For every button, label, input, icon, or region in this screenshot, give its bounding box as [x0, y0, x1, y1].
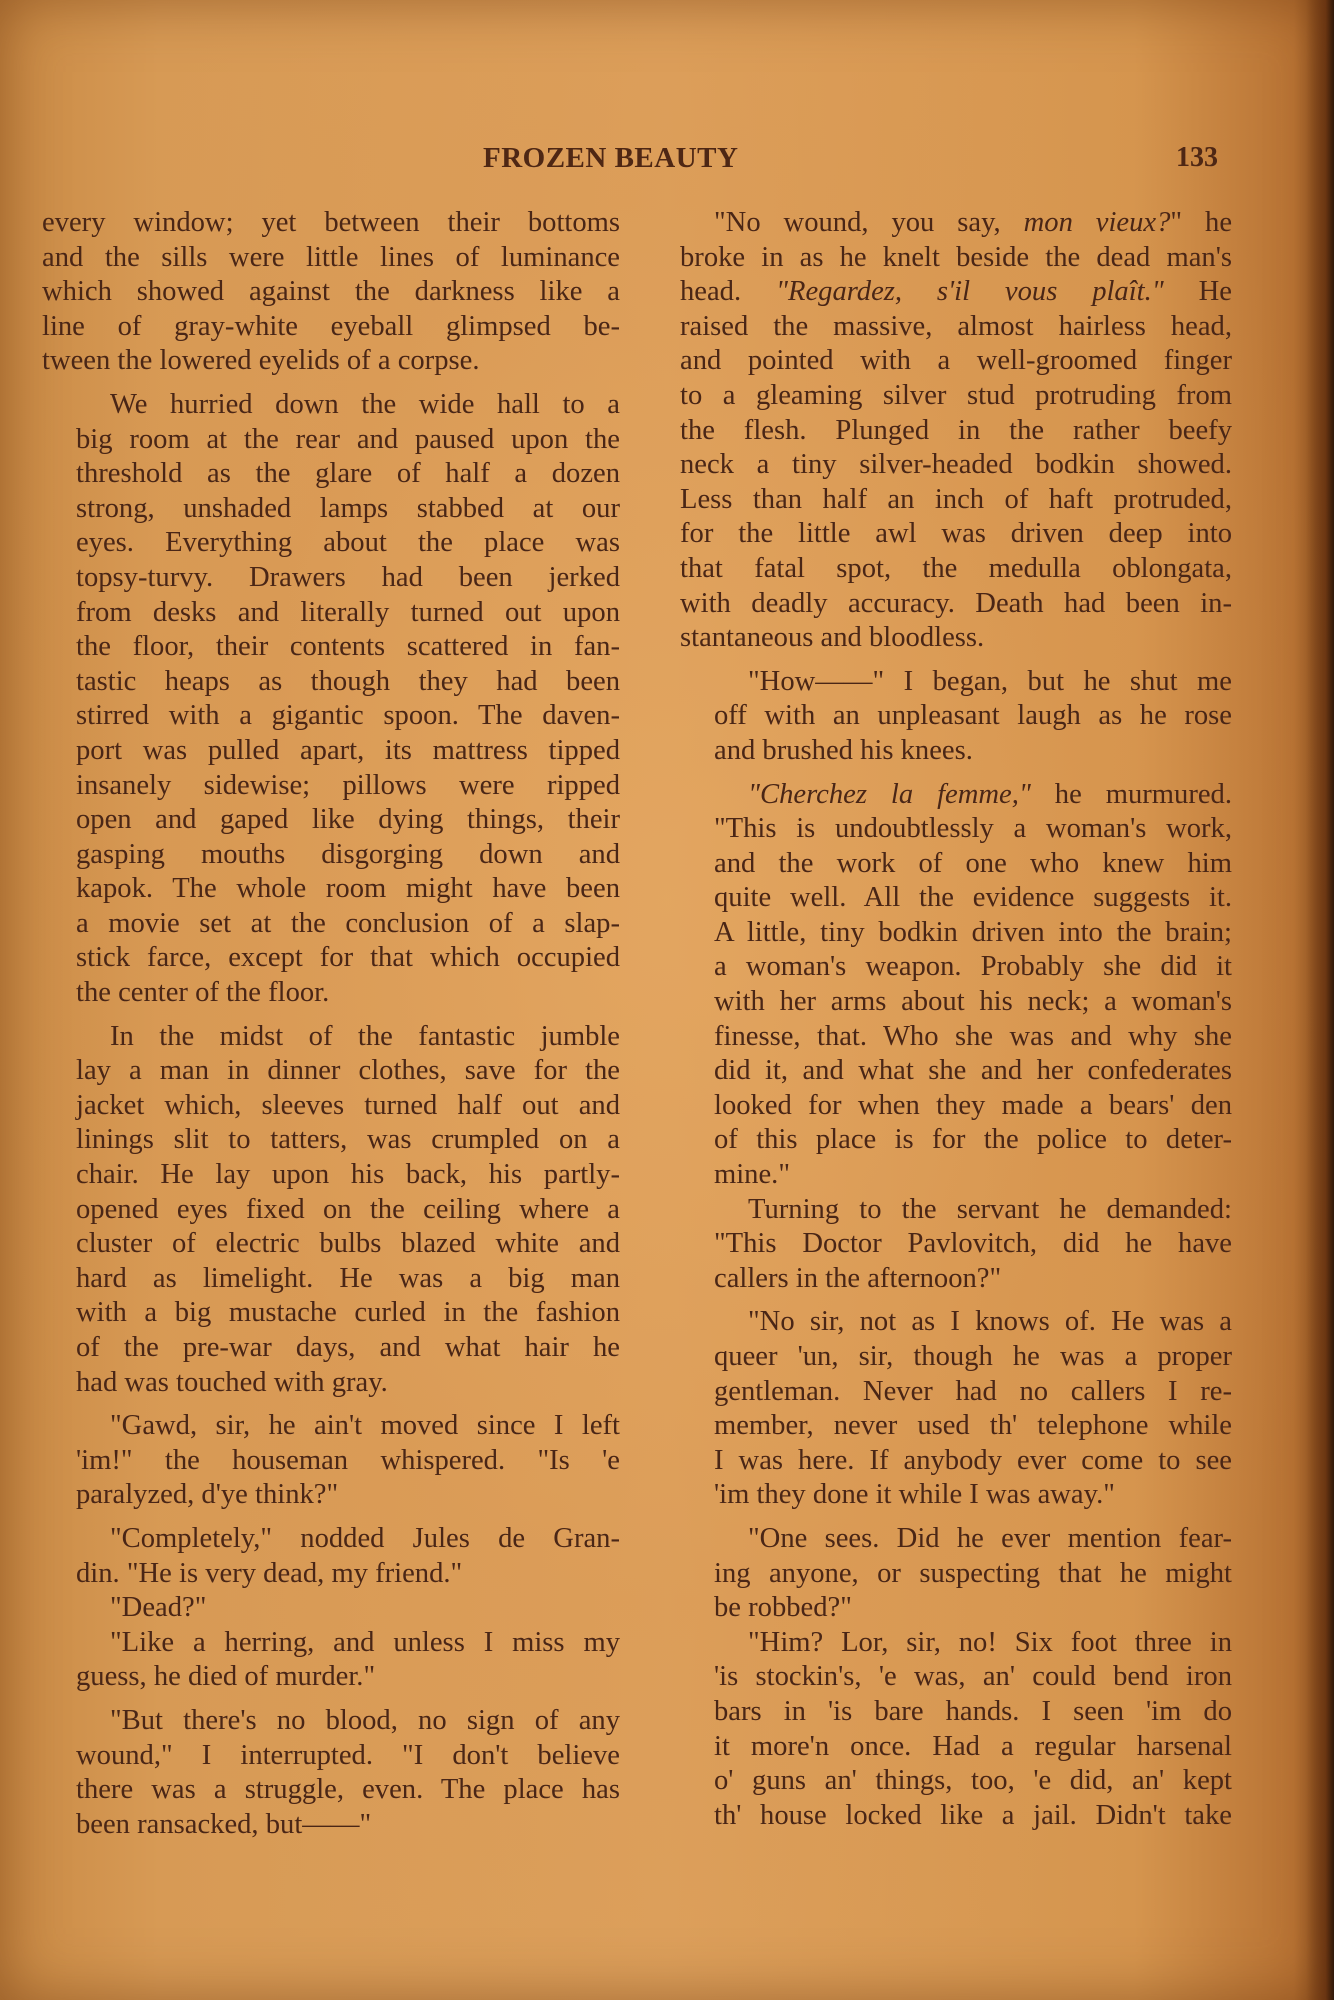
text-line: "No wound, you say, mon vieux?" he [680, 206, 1232, 241]
text-line: raised the massive, almost hairless head… [680, 310, 1232, 345]
text-line: of this place is for the police to deter… [680, 1123, 1232, 1158]
text-line: and pointed with a well-groomed finger [680, 344, 1232, 379]
text-line: "Cherchez la femme," he murmured. [680, 778, 1232, 813]
text-line: 'is stockin's, 'e was, an' could bend ir… [680, 1660, 1232, 1695]
text-line: "Dead?" [42, 1591, 620, 1626]
text-line: a woman's weapon. Probably she did it [680, 950, 1232, 985]
paragraph: Turning to the servant he demanded: "Thi… [680, 1193, 1232, 1297]
text-line: threshold as the glare of half a dozen [42, 457, 620, 492]
left-column: every window; yet between their bottoms … [42, 206, 620, 1842]
text-line: and the work of one who knew him [680, 847, 1232, 882]
text-line: looked for when they made a bears' den [680, 1089, 1232, 1124]
text-line: stick farce, except for that which occup… [42, 941, 620, 976]
text-line: stirred with a gigantic spoon. The daven… [42, 699, 620, 734]
text-line: it more'n once. Had a regular harsenal [680, 1730, 1232, 1765]
running-head: FROZEN BEAUTY 133 [0, 142, 1334, 182]
text-line: Less than half an inch of haft protruded… [680, 483, 1232, 518]
text-line: strong, unshaded lamps stabbed at our [42, 492, 620, 527]
text-line: wound," I interrupted. "I don't believe [42, 1739, 620, 1774]
text-line: stantaneous and bloodless. [680, 621, 1232, 656]
text-line: jacket which, sleeves turned half out an… [42, 1089, 620, 1124]
text-line: the flesh. Plunged in the rather beefy [680, 414, 1232, 449]
text-line: had was touched with gray. [42, 1366, 620, 1401]
text-line: there was a struggle, even. The place ha… [42, 1773, 620, 1808]
text-line: ing anyone, or suspecting that he might [680, 1557, 1232, 1592]
paragraph: "Dead?" [42, 1591, 620, 1626]
text-line: member, never used th' telephone while [680, 1409, 1232, 1444]
text-line: "No sir, not as I knows of. He was a [680, 1305, 1232, 1340]
text-line: paralyzed, d'ye think?" [42, 1478, 620, 1513]
text-line: "Gawd, sir, he ain't moved since I left [42, 1409, 620, 1444]
text-line: hard as limelight. He was a big man [42, 1262, 620, 1297]
text-line: that fatal spot, the medulla oblongata, [680, 552, 1232, 587]
text-line: "Him? Lor, sir, no! Six foot three in [680, 1626, 1232, 1661]
text-line: broke in as he knelt beside the dead man… [680, 241, 1232, 276]
text-line: tween the lowered eyelids of a corpse. [42, 344, 620, 379]
text-line: bars in 'is bare hands. I seen 'im do [680, 1695, 1232, 1730]
paragraph: In the midst of the fantastic jumble lay… [42, 1020, 620, 1401]
text-line: big room at the rear and paused upon the [42, 423, 620, 458]
paragraph: "No wound, you say, mon vieux?" he broke… [680, 206, 1232, 656]
text-line: gasping mouths disgorging down and [42, 838, 620, 873]
paragraph: "Him? Lor, sir, no! Six foot three in 'i… [680, 1626, 1232, 1834]
text-line: queer 'un, sir, though he was a proper [680, 1340, 1232, 1375]
text-line: line of gray-white eyeball glimpsed be- [42, 310, 620, 345]
french-phrase: "Cherchez la femme," [748, 779, 1031, 810]
text-line: "One sees. Did he ever mention fear- [680, 1522, 1232, 1557]
text-line: head. "Regardez, s'il vous plaît." He [680, 275, 1232, 310]
text-line: chair. He lay upon his back, his partly- [42, 1158, 620, 1193]
text-line: th' house locked like a jail. Didn't tak… [680, 1799, 1232, 1834]
text-line: "How——" I began, but he shut me [680, 665, 1232, 700]
text-line: which showed against the darkness like a [42, 275, 620, 310]
text-line: with deadly accuracy. Death had been in- [680, 587, 1232, 622]
text-line: from desks and literally turned out upon [42, 596, 620, 631]
text-line: mine." [680, 1158, 1232, 1193]
text-line: We hurried down the wide hall to a [42, 388, 620, 423]
paragraph: "No sir, not as I knows of. He was a que… [680, 1305, 1232, 1513]
text-line: quite well. All the evidence suggests it… [680, 881, 1232, 916]
text-line: did it, and what she and her confederate… [680, 1054, 1232, 1089]
text-line: the floor, their contents scattered in f… [42, 630, 620, 665]
paragraph: "One sees. Did he ever mention fear- ing… [680, 1522, 1232, 1626]
paragraph: "But there's no blood, no sign of any wo… [42, 1704, 620, 1842]
text-line: neck a tiny silver-headed bodkin showed. [680, 448, 1232, 483]
text-line: guess, he died of murder." [42, 1660, 620, 1695]
text-line: Turning to the servant he demanded: [680, 1193, 1232, 1228]
text-line: finesse, that. Who she was and why she [680, 1020, 1232, 1055]
text-line: A little, tiny bodkin driven into the br… [680, 916, 1232, 951]
text-line: eyes. Everything about the place was [42, 526, 620, 561]
text-line: opened eyes fixed on the ceiling where a [42, 1193, 620, 1228]
text-line: and the sills were little lines of lumin… [42, 241, 620, 276]
text-line: off with an unpleasant laugh as he rose [680, 699, 1232, 734]
text-line: port was pulled apart, its mattress tipp… [42, 734, 620, 769]
paragraph: We hurried down the wide hall to a big r… [42, 388, 620, 1011]
text-line: the center of the floor. [42, 976, 620, 1011]
text-line: and brushed his knees. [680, 734, 1232, 769]
text-line: kapok. The whole room might have been [42, 872, 620, 907]
text-line: In the midst of the fantastic jumble [42, 1020, 620, 1055]
text-line: gentleman. Never had no callers I re- [680, 1375, 1232, 1410]
text-line: "But there's no blood, no sign of any [42, 1704, 620, 1739]
text-line: 'im!" the houseman whispered. "Is 'e [42, 1444, 620, 1479]
paragraph: "Cherchez la femme," he murmured. "This … [680, 778, 1232, 1193]
paragraph: "Completely," nodded Jules de Gran- din.… [42, 1522, 620, 1591]
french-phrase: "Regardez, s'il vous plaît." [776, 276, 1164, 307]
text-line: callers in the afternoon?" [680, 1262, 1232, 1297]
text-line: "Like a herring, and unless I miss my [42, 1626, 620, 1661]
text-line: insanely sidewise; pillows were ripped [42, 769, 620, 804]
paragraph: "Gawd, sir, he ain't moved since I left … [42, 1409, 620, 1513]
paragraph: "How——" I began, but he shut me off with… [680, 665, 1232, 769]
text-line: been ransacked, but——" [42, 1808, 620, 1843]
text-line: 'im they done it while I was away." [680, 1478, 1232, 1513]
paragraph: "Like a herring, and unless I miss my gu… [42, 1626, 620, 1695]
page-number: 133 [1176, 142, 1218, 174]
text-line: open and gaped like dying things, their [42, 803, 620, 838]
text-line: every window; yet between their bottoms [42, 206, 620, 241]
text-line: with a big mustache curled in the fashio… [42, 1296, 620, 1331]
paragraph: every window; yet between their bottoms … [42, 206, 620, 379]
text-line: for the little awl was driven deep into [680, 517, 1232, 552]
book-page: FROZEN BEAUTY 133 every window; yet betw… [0, 0, 1334, 2000]
text-line: to a gleaming silver stud protruding fro… [680, 379, 1232, 414]
text-line: "Completely," nodded Jules de Gran- [42, 1522, 620, 1557]
text-line: a movie set at the conclusion of a slap- [42, 907, 620, 942]
text-line: cluster of electric bulbs blazed white a… [42, 1227, 620, 1262]
right-column: "No wound, you say, mon vieux?" he broke… [680, 206, 1232, 1833]
text-line: o' guns an' things, too, 'e did, an' kep… [680, 1764, 1232, 1799]
running-title: FROZEN BEAUTY [483, 142, 738, 175]
text-line: din. "He is very dead, my friend." [42, 1557, 620, 1592]
text-line: with her arms about his neck; a woman's [680, 985, 1232, 1020]
text-line: tastic heaps as though they had been [42, 665, 620, 700]
text-line: lay a man in dinner clothes, save for th… [42, 1054, 620, 1089]
text-line: topsy-turvy. Drawers had been jerked [42, 561, 620, 596]
french-phrase: mon vieux? [1024, 207, 1171, 238]
text-line: linings slit to tatters, was crumpled on… [42, 1123, 620, 1158]
text-line: "This is undoubtlessly a woman's work, [680, 812, 1232, 847]
text-line: "This Doctor Pavlovitch, did he have [680, 1227, 1232, 1262]
text-line: of the pre-war days, and what hair he [42, 1331, 620, 1366]
text-line: I was here. If anybody ever come to see [680, 1444, 1232, 1479]
text-line: be robbed?" [680, 1591, 1232, 1626]
